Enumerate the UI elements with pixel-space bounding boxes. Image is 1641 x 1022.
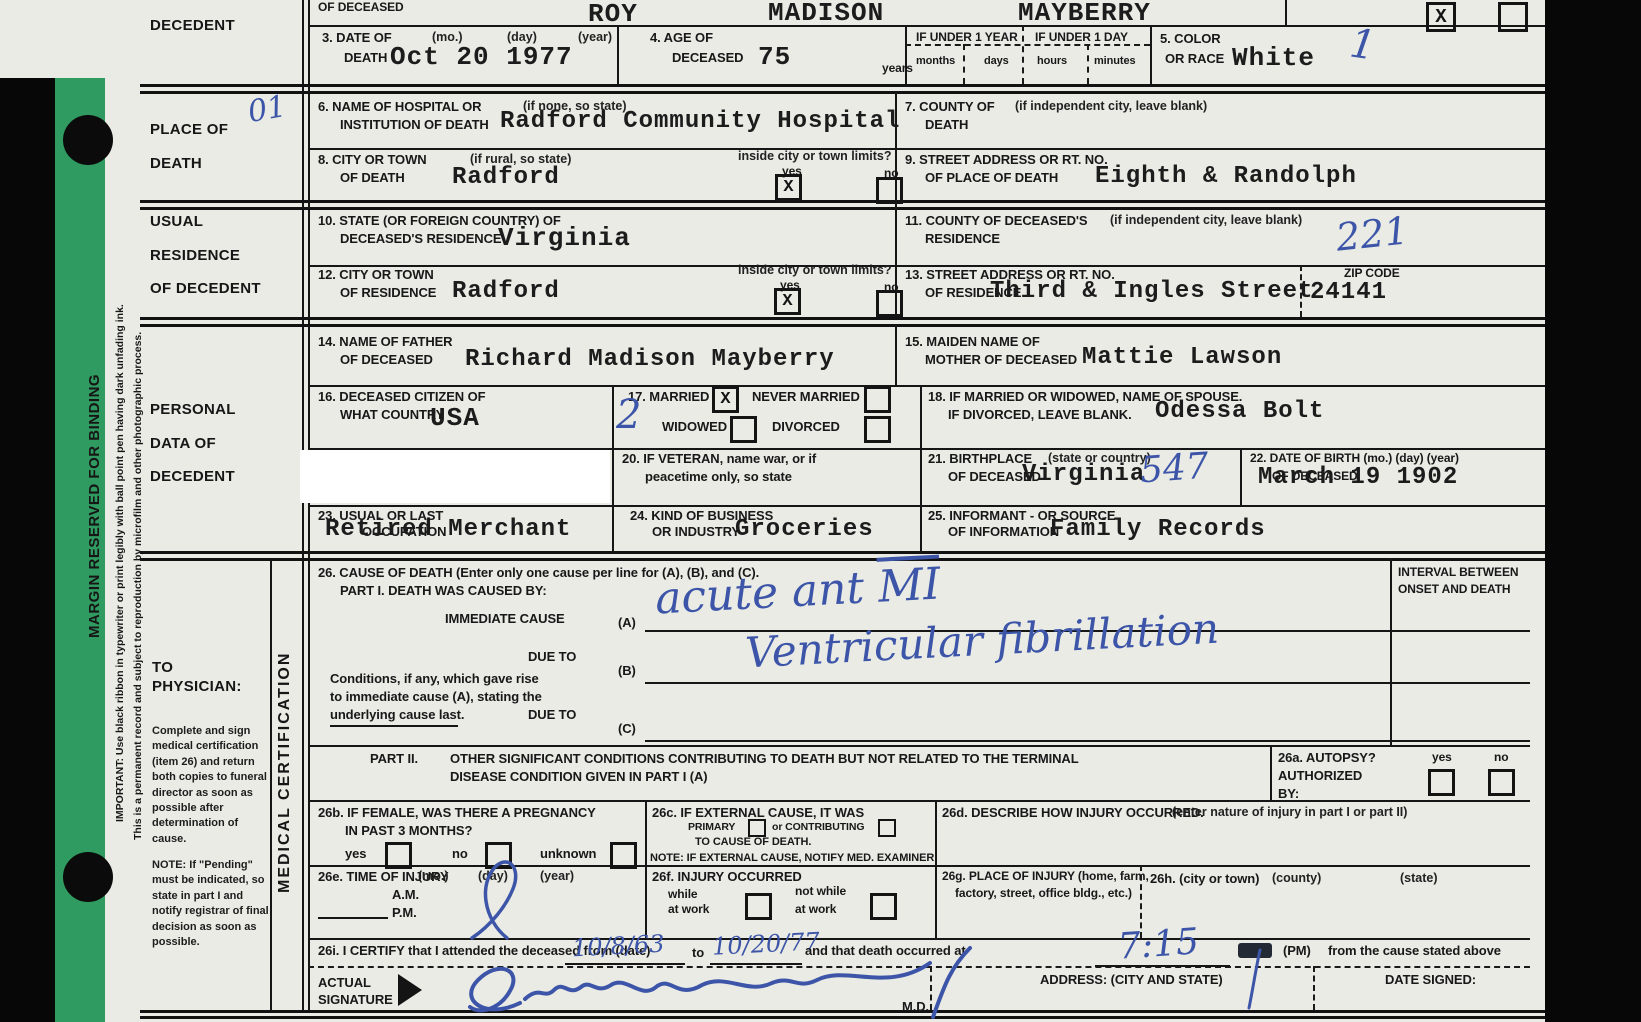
- spouse-label2: IF DIVORCED, LEAVE BLANK.: [948, 408, 1132, 422]
- residence-county-hint: (if independent city, leave blank): [1110, 214, 1302, 228]
- injury-not-while-label-2: at work: [795, 903, 836, 916]
- under-1-day-header: IF UNDER 1 DAY: [1035, 31, 1128, 44]
- birthplace-value: Virginia: [1022, 463, 1145, 487]
- city-limits-yes-checkbox-2[interactable]: X: [774, 288, 801, 315]
- city-limits-question-2: inside city or town limits?: [738, 264, 892, 278]
- residence-city-label: 12. CITY OR TOWN: [318, 268, 434, 282]
- pen-loop-mark: [452, 858, 542, 940]
- pen-county-code: 221: [1334, 208, 1411, 259]
- date-of-death-label2: DEATH: [344, 51, 387, 65]
- residence-state-value: Virginia: [498, 225, 631, 251]
- date-of-death-value: Oct 20 1977: [390, 44, 573, 70]
- date-signed-label: DATE SIGNED:: [1385, 973, 1476, 987]
- sex-checkbox-empty[interactable]: [1498, 2, 1528, 32]
- injury-city-label: 26h. (city or town): [1150, 872, 1259, 886]
- residence-city-label2: OF RESIDENCE: [340, 286, 436, 300]
- pregnancy-yes-checkbox[interactable]: [385, 842, 412, 869]
- margin-important-note: IMPORTANT: Use black ribbon in typewrite…: [114, 304, 126, 822]
- physician-note: Complete and sign medical certification …: [152, 724, 270, 847]
- age-label2: DECEASED: [672, 51, 743, 65]
- occupation-value: Retired Merchant: [325, 518, 571, 542]
- injury-county-label: (county): [1272, 872, 1321, 886]
- street-of-death-label: 9. STREET ADDRESS OR RT. NO.: [905, 153, 1108, 167]
- handwritten-time: 7:15: [1117, 921, 1201, 968]
- autopsy-yes-label: yes: [1432, 751, 1452, 764]
- time-of-injury-mo: (mo.): [418, 870, 449, 884]
- residence-state-label2: DECEASED'S RESIDENCE: [340, 232, 501, 246]
- city-limits-no-checkbox-2[interactable]: [876, 290, 903, 317]
- birthplace-label: 21. BIRTHPLACE: [928, 452, 1032, 466]
- residence-county-label2: RESIDENCE: [925, 232, 1000, 246]
- part2-text-1: OTHER SIGNIFICANT CONDITIONS CONTRIBUTIN…: [450, 752, 1079, 766]
- describe-injury-label: 26d. DESCRIBE HOW INJURY OCCURRED.: [942, 806, 1204, 820]
- due-to-c: (C): [618, 722, 636, 736]
- due-to-label-1: DUE TO: [528, 650, 576, 664]
- actual-signature-label-2: SIGNATURE: [318, 993, 393, 1007]
- citizen-value: USA: [430, 405, 480, 431]
- place-of-injury-label: 26g. PLACE OF INJURY (home, farm,: [942, 870, 1149, 883]
- mother-name-label: 15. MAIDEN NAME OF: [905, 335, 1040, 349]
- under-1-hours: hours: [1037, 55, 1067, 67]
- autopsy-label: 26a. AUTOPSY?: [1278, 751, 1376, 765]
- city-limits-question-1: inside city or town limits?: [738, 150, 892, 164]
- autopsy-no-checkbox[interactable]: [1488, 769, 1515, 796]
- zip-code-value: 24141: [1310, 281, 1387, 305]
- section-label-to-physician-2: PHYSICIAN:: [152, 679, 242, 694]
- age-label: 4. AGE OF: [650, 31, 713, 45]
- external-note-label: NOTE: IF EXTERNAL CAUSE, NOTIFY MED. EXA…: [650, 852, 934, 864]
- divorced-label: DIVORCED: [772, 420, 840, 434]
- time-of-injury-year: (year): [540, 870, 574, 884]
- veteran-label: 20. IF VETERAN, name war, or if: [622, 452, 816, 466]
- medical-certification-vertical-label: MEDICAL CERTIFICATION: [276, 652, 294, 893]
- under-1-months: months: [916, 55, 955, 67]
- section-label-residence-3: OF DECEDENT: [150, 281, 261, 296]
- hospital-label: 6. NAME OF HOSPITAL OR: [318, 100, 481, 114]
- margin-binding-label: MARGIN RESERVED FOR BINDING: [86, 374, 103, 638]
- time-of-injury-am: A.M.: [392, 888, 419, 902]
- section-label-personal-1: PERSONAL: [150, 402, 236, 417]
- section-label-residence-1: USUAL: [150, 214, 203, 229]
- injury-state-label: (state): [1400, 872, 1438, 886]
- business-label2: OR INDUSTRY: [652, 525, 740, 539]
- physician-signature: [425, 945, 1025, 1022]
- pen-place-code: 01: [245, 89, 289, 130]
- widowed-checkbox[interactable]: [730, 416, 757, 443]
- city-of-death-label: 8. CITY OR TOWN: [318, 153, 427, 167]
- under-1-year-header: IF UNDER 1 YEAR: [916, 31, 1018, 44]
- color-race-label: 5. COLOR: [1160, 32, 1221, 46]
- external-primary-checkbox[interactable]: [748, 819, 766, 837]
- father-name-label: 14. NAME OF FATHER: [318, 335, 452, 349]
- business-value: Groceries: [735, 518, 874, 542]
- interval-label-1: INTERVAL BETWEEN: [1398, 566, 1518, 579]
- handwritten-mi-overline: MI: [877, 559, 942, 613]
- color-race-label2: OR RACE: [1165, 52, 1224, 66]
- name-of-deceased-label: OF DECEASED: [318, 1, 404, 14]
- immediate-cause-a: (A): [618, 616, 636, 630]
- pregnancy-unknown-checkbox[interactable]: [610, 842, 637, 869]
- pen-marital-mark: 2: [616, 392, 641, 438]
- section-label-decedent: DECEDENT: [150, 18, 235, 33]
- date-of-death-label: 3. DATE OF: [322, 31, 392, 45]
- certify-pm: (PM): [1283, 944, 1311, 958]
- pending-note: NOTE: If "Pending" must be indicated, so…: [152, 858, 274, 950]
- pregnancy-unknown-label: unknown: [540, 847, 596, 861]
- father-name-label2: OF DECEASED: [340, 353, 433, 367]
- section-label-personal-2: DATA OF: [150, 436, 216, 451]
- place-of-injury-label2: factory, street, office bldg., etc.): [955, 887, 1132, 900]
- county-of-death-label2: DEATH: [925, 118, 968, 132]
- actual-signature-label-1: ACTUAL: [318, 976, 371, 990]
- external-primary-label: PRIMARY: [688, 822, 735, 834]
- residence-street-value: Third & Ingles Street: [990, 280, 1313, 304]
- immediate-cause-label: IMMEDIATE CAUSE: [445, 612, 565, 626]
- external-to-cause-label: TO CAUSE OF DEATH.: [695, 836, 811, 848]
- autopsy-yes-checkbox[interactable]: [1428, 769, 1455, 796]
- section-label-personal-3: DECEDENT: [150, 469, 235, 484]
- street-of-death-label2: OF PLACE OF DEATH: [925, 171, 1058, 185]
- city-limits-yes-checkbox-1[interactable]: X: [775, 174, 802, 201]
- divorced-checkbox[interactable]: [864, 416, 891, 443]
- residence-county-label: 11. COUNTY OF DECEASED'S: [905, 214, 1088, 228]
- death-certificate-scan: MARGIN RESERVED FOR BINDING IMPORTANT: U…: [0, 0, 1641, 1022]
- injury-occurred-label: 26f. INJURY OCCURRED: [652, 870, 802, 884]
- address-label: ADDRESS: (CITY AND STATE): [1040, 973, 1223, 987]
- last-name-value: MAYBERRY: [1018, 0, 1151, 26]
- hospital-label2: INSTITUTION OF DEATH: [340, 118, 489, 132]
- signature-arrow-icon: [398, 974, 422, 1006]
- under-1-days: days: [984, 55, 1009, 67]
- veteran-label2: peacetime only, so state: [645, 470, 792, 484]
- redacted-field: [300, 450, 610, 503]
- first-name-value: ROY: [588, 1, 638, 27]
- punch-hole-top: [63, 115, 113, 165]
- photo-left-edge: [0, 78, 55, 1022]
- section-label-place-of-death-2: DEATH: [150, 156, 202, 171]
- due-to-b: (B): [618, 664, 636, 678]
- autopsy-no-label: no: [1494, 751, 1508, 764]
- md-label: M.D.: [902, 1000, 929, 1014]
- injury-while-checkbox[interactable]: [745, 893, 772, 920]
- sex-checkbox-checked[interactable]: X: [1426, 2, 1456, 32]
- married-checkbox[interactable]: X: [712, 386, 739, 413]
- county-of-death-label: 7. COUNTY OF: [905, 100, 995, 114]
- autopsy-authorized-label: AUTHORIZED: [1278, 769, 1362, 783]
- under-1-minutes: minutes: [1094, 55, 1135, 67]
- hospital-value: Radford Community Hospital: [500, 110, 900, 134]
- pen-address-stroke: [1245, 948, 1265, 1010]
- margin-permanent-note: This is a permanent record and subject t…: [132, 332, 144, 840]
- informant-label2: OF INFORMATION: [948, 525, 1059, 539]
- section-label-to-physician-1: TO: [152, 660, 173, 675]
- photo-right-edge: [1545, 0, 1641, 1022]
- citizen-label2: WHAT COUNTRY: [340, 408, 444, 422]
- color-race-value: White: [1232, 45, 1315, 71]
- spouse-value: Odessa Bolt: [1155, 400, 1324, 424]
- mother-name-value: Mattie Lawson: [1082, 346, 1282, 370]
- birthdate-value: March 19 1902: [1258, 466, 1458, 490]
- pregnancy-label: 26b. IF FEMALE, WAS THERE A PREGNANCY: [318, 806, 596, 820]
- external-contributing-checkbox[interactable]: [878, 819, 896, 837]
- city-of-death-value: Radford: [452, 166, 560, 190]
- injury-not-while-checkbox[interactable]: [870, 893, 897, 920]
- street-of-death-value: Eighth & Randolph: [1095, 165, 1357, 189]
- age-unit: years: [882, 62, 913, 75]
- part2-text-2: DISEASE CONDITION GIVEN IN PART I (A): [450, 770, 708, 784]
- section-label-residence-2: RESIDENCE: [150, 248, 240, 263]
- section-label-place-of-death-1: PLACE OF: [150, 122, 228, 137]
- autopsy-by-label: BY:: [1278, 787, 1299, 801]
- widowed-label: WIDOWED: [662, 420, 727, 434]
- father-name-value: Richard Madison Mayberry: [465, 348, 835, 372]
- city-limits-no-checkbox-1[interactable]: [876, 177, 903, 204]
- pregnancy-label2: IN PAST 3 MONTHS?: [345, 824, 472, 838]
- pen-birthplace-code: 547: [1139, 446, 1210, 492]
- injury-not-while-label-1: not while: [795, 885, 846, 898]
- county-of-death-hint: (if independent city, leave blank): [1015, 100, 1207, 114]
- never-married-checkbox[interactable]: [864, 386, 891, 413]
- pen-color-mark: 1: [1347, 20, 1379, 69]
- conditions-line-3: underlying cause last.: [330, 708, 464, 722]
- city-of-death-label2: OF DEATH: [340, 171, 405, 185]
- certify-tail: from the cause stated above: [1328, 944, 1501, 958]
- age-value: 75: [758, 44, 791, 70]
- injury-while-label-2: at work: [668, 903, 709, 916]
- conditions-line-2: to immediate cause (A), stating the: [330, 690, 542, 704]
- pregnancy-yes-label: yes: [345, 847, 366, 861]
- conditions-line-1: Conditions, if any, which gave rise: [330, 672, 539, 686]
- informant-value: Family Records: [1050, 518, 1266, 542]
- mother-name-label2: MOTHER OF DECEASED: [925, 353, 1077, 367]
- punch-hole-bottom: [63, 852, 113, 902]
- never-married-label: NEVER MARRIED: [752, 390, 860, 404]
- part2-label: PART II.: [370, 752, 418, 766]
- part1-label: PART I. DEATH WAS CAUSED BY:: [340, 584, 547, 598]
- date-of-death-year: (year): [578, 31, 612, 45]
- injury-while-label-1: while: [668, 888, 698, 901]
- due-to-label-2: DUE TO: [528, 708, 576, 722]
- describe-injury-hint: (enter nature of injury in part I or par…: [1172, 806, 1407, 820]
- middle-name-value: MADISON: [768, 0, 884, 26]
- residence-city-value: Radford: [452, 280, 560, 304]
- interval-label-2: ONSET AND DEATH: [1398, 583, 1511, 596]
- external-contributing-label: or CONTRIBUTING: [772, 822, 864, 834]
- time-of-injury-pm: P.M.: [392, 906, 417, 920]
